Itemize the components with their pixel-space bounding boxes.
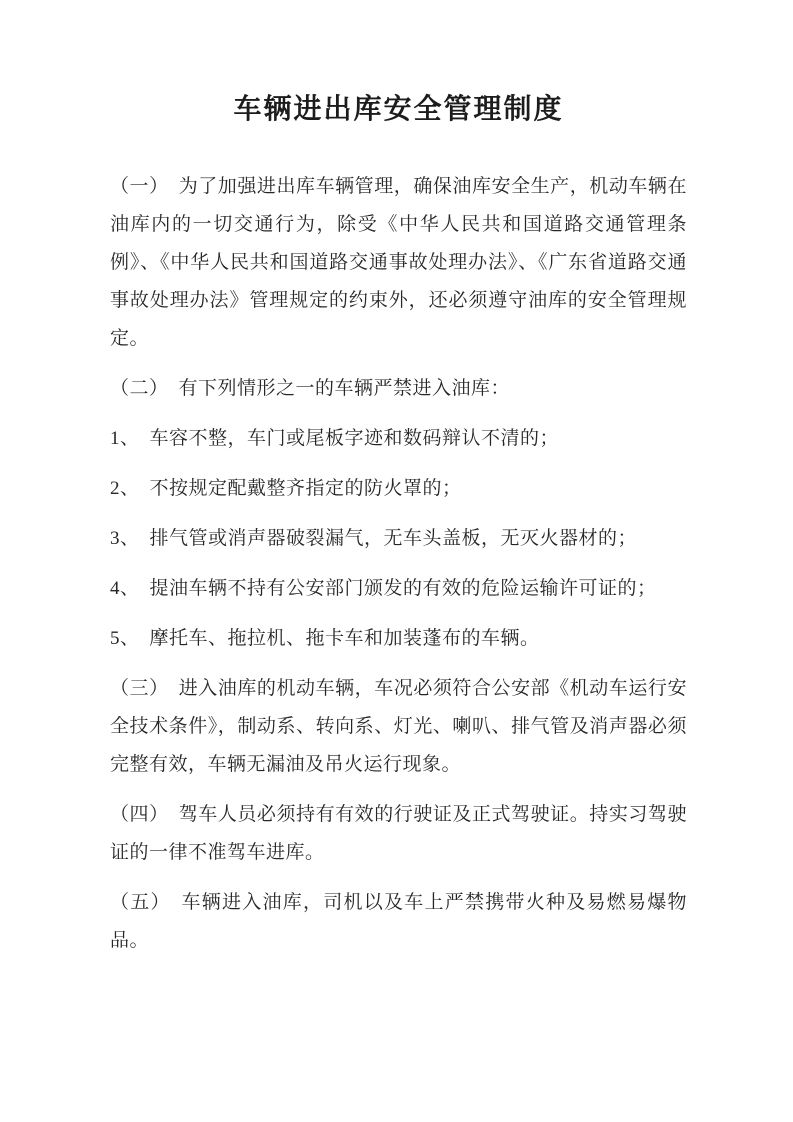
list-item-4: 4、 提油车辆不持有公安部门颁发的有效的危险运输许可证的； [110,570,687,608]
document-title: 车辆进出库安全管理制度 [110,92,687,128]
document-page: 车辆进出库安全管理制度 （一） 为了加强进出库车辆管理，确保油库安全生产，机动车… [0,0,793,1122]
list-item-1: 1、 车容不整，车门或尾板字迹和数码辩认不清的； [110,420,687,458]
para-intro-regulations: （一） 为了加强进出库车辆管理，确保油库安全生产，机动车辆在油库内的一切交通行为… [110,168,687,358]
list-item-3: 3、 排气管或消声器破裂漏气，无车头盖板，无灭火器材的； [110,520,687,558]
para-fire-sources: （五） 车辆进入油库，司机以及车上严禁携带火种及易燃易爆物品。 [110,884,687,960]
para-prohibited-heading: （二） 有下列情形之一的车辆严禁进入油库： [110,370,687,408]
list-item-5: 5、 摩托车、拖拉机、拖卡车和加装蓬布的车辆。 [110,620,687,658]
para-vehicle-condition: （三） 进入油库的机动车辆，车况必须符合公安部《机动车运行安全技术条件》，制动系… [110,670,687,784]
list-item-2: 2、 不按规定配戴整齐指定的防火罩的； [110,470,687,508]
para-driver-license: （四） 驾车人员必须持有有效的行驶证及正式驾驶证。持实习驾驶证的一律不准驾车进库… [110,796,687,872]
